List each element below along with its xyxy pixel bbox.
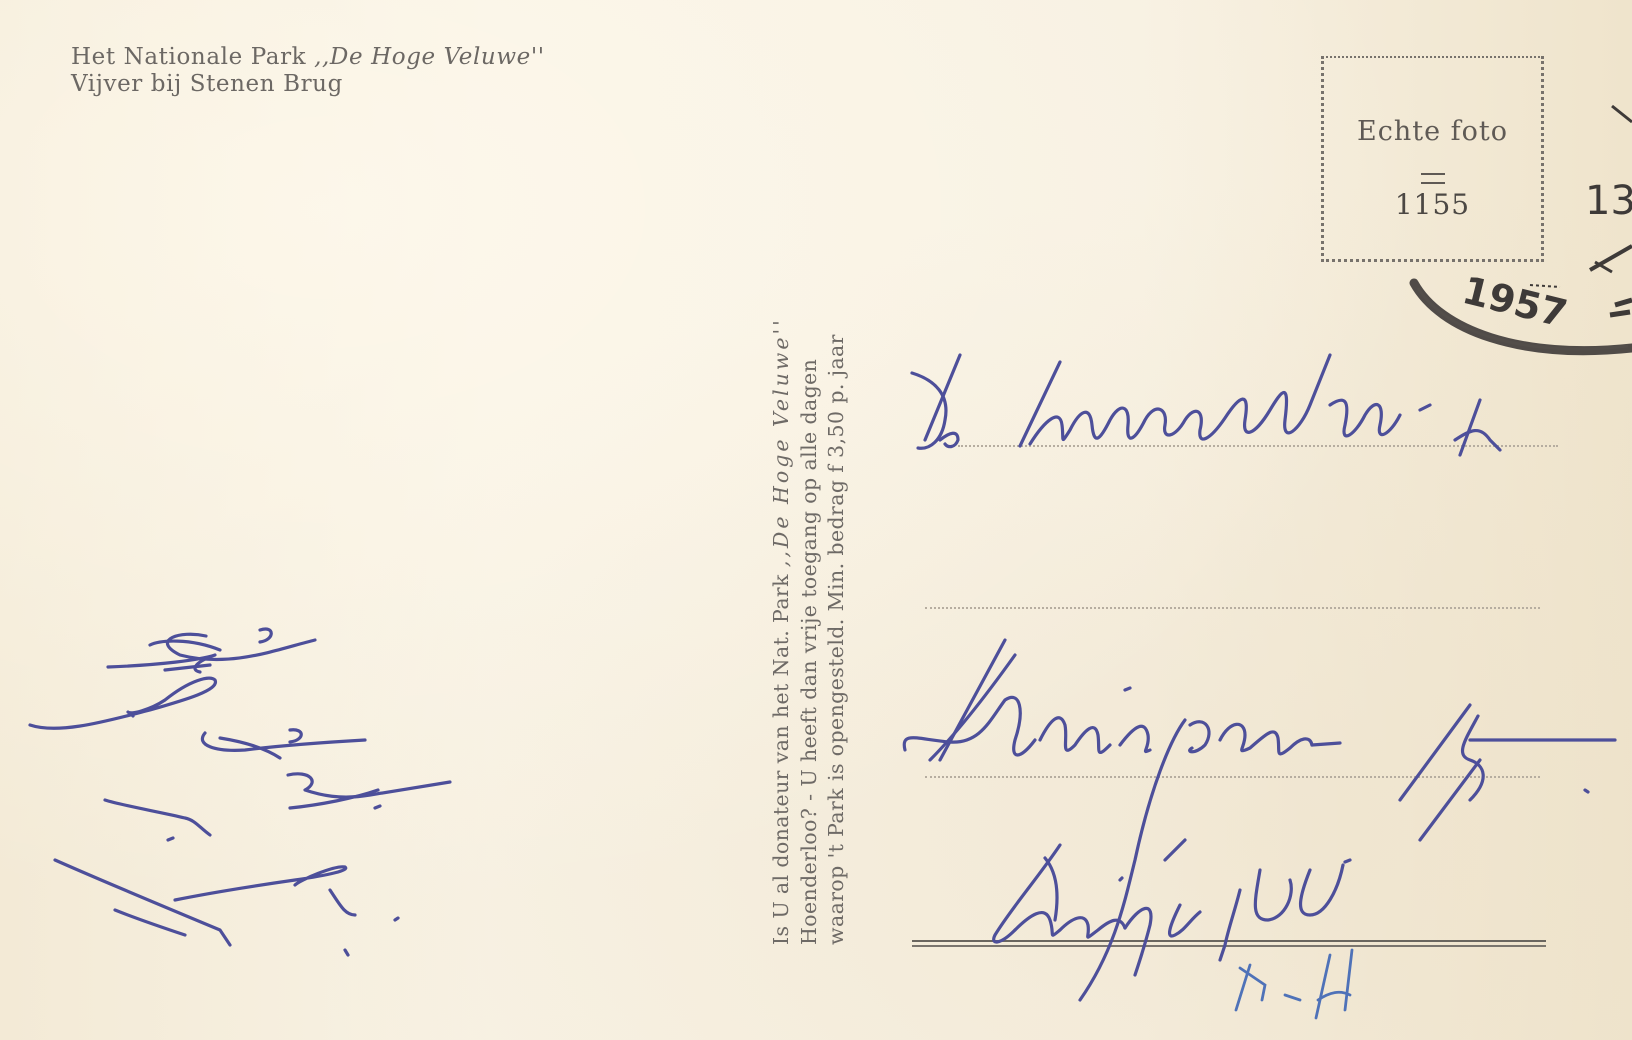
postcard-back: Het Nationale Park ,,De Hoge Veluwe'' Vi… bbox=[0, 0, 1632, 1040]
handwritten-greeting bbox=[0, 0, 1632, 1040]
